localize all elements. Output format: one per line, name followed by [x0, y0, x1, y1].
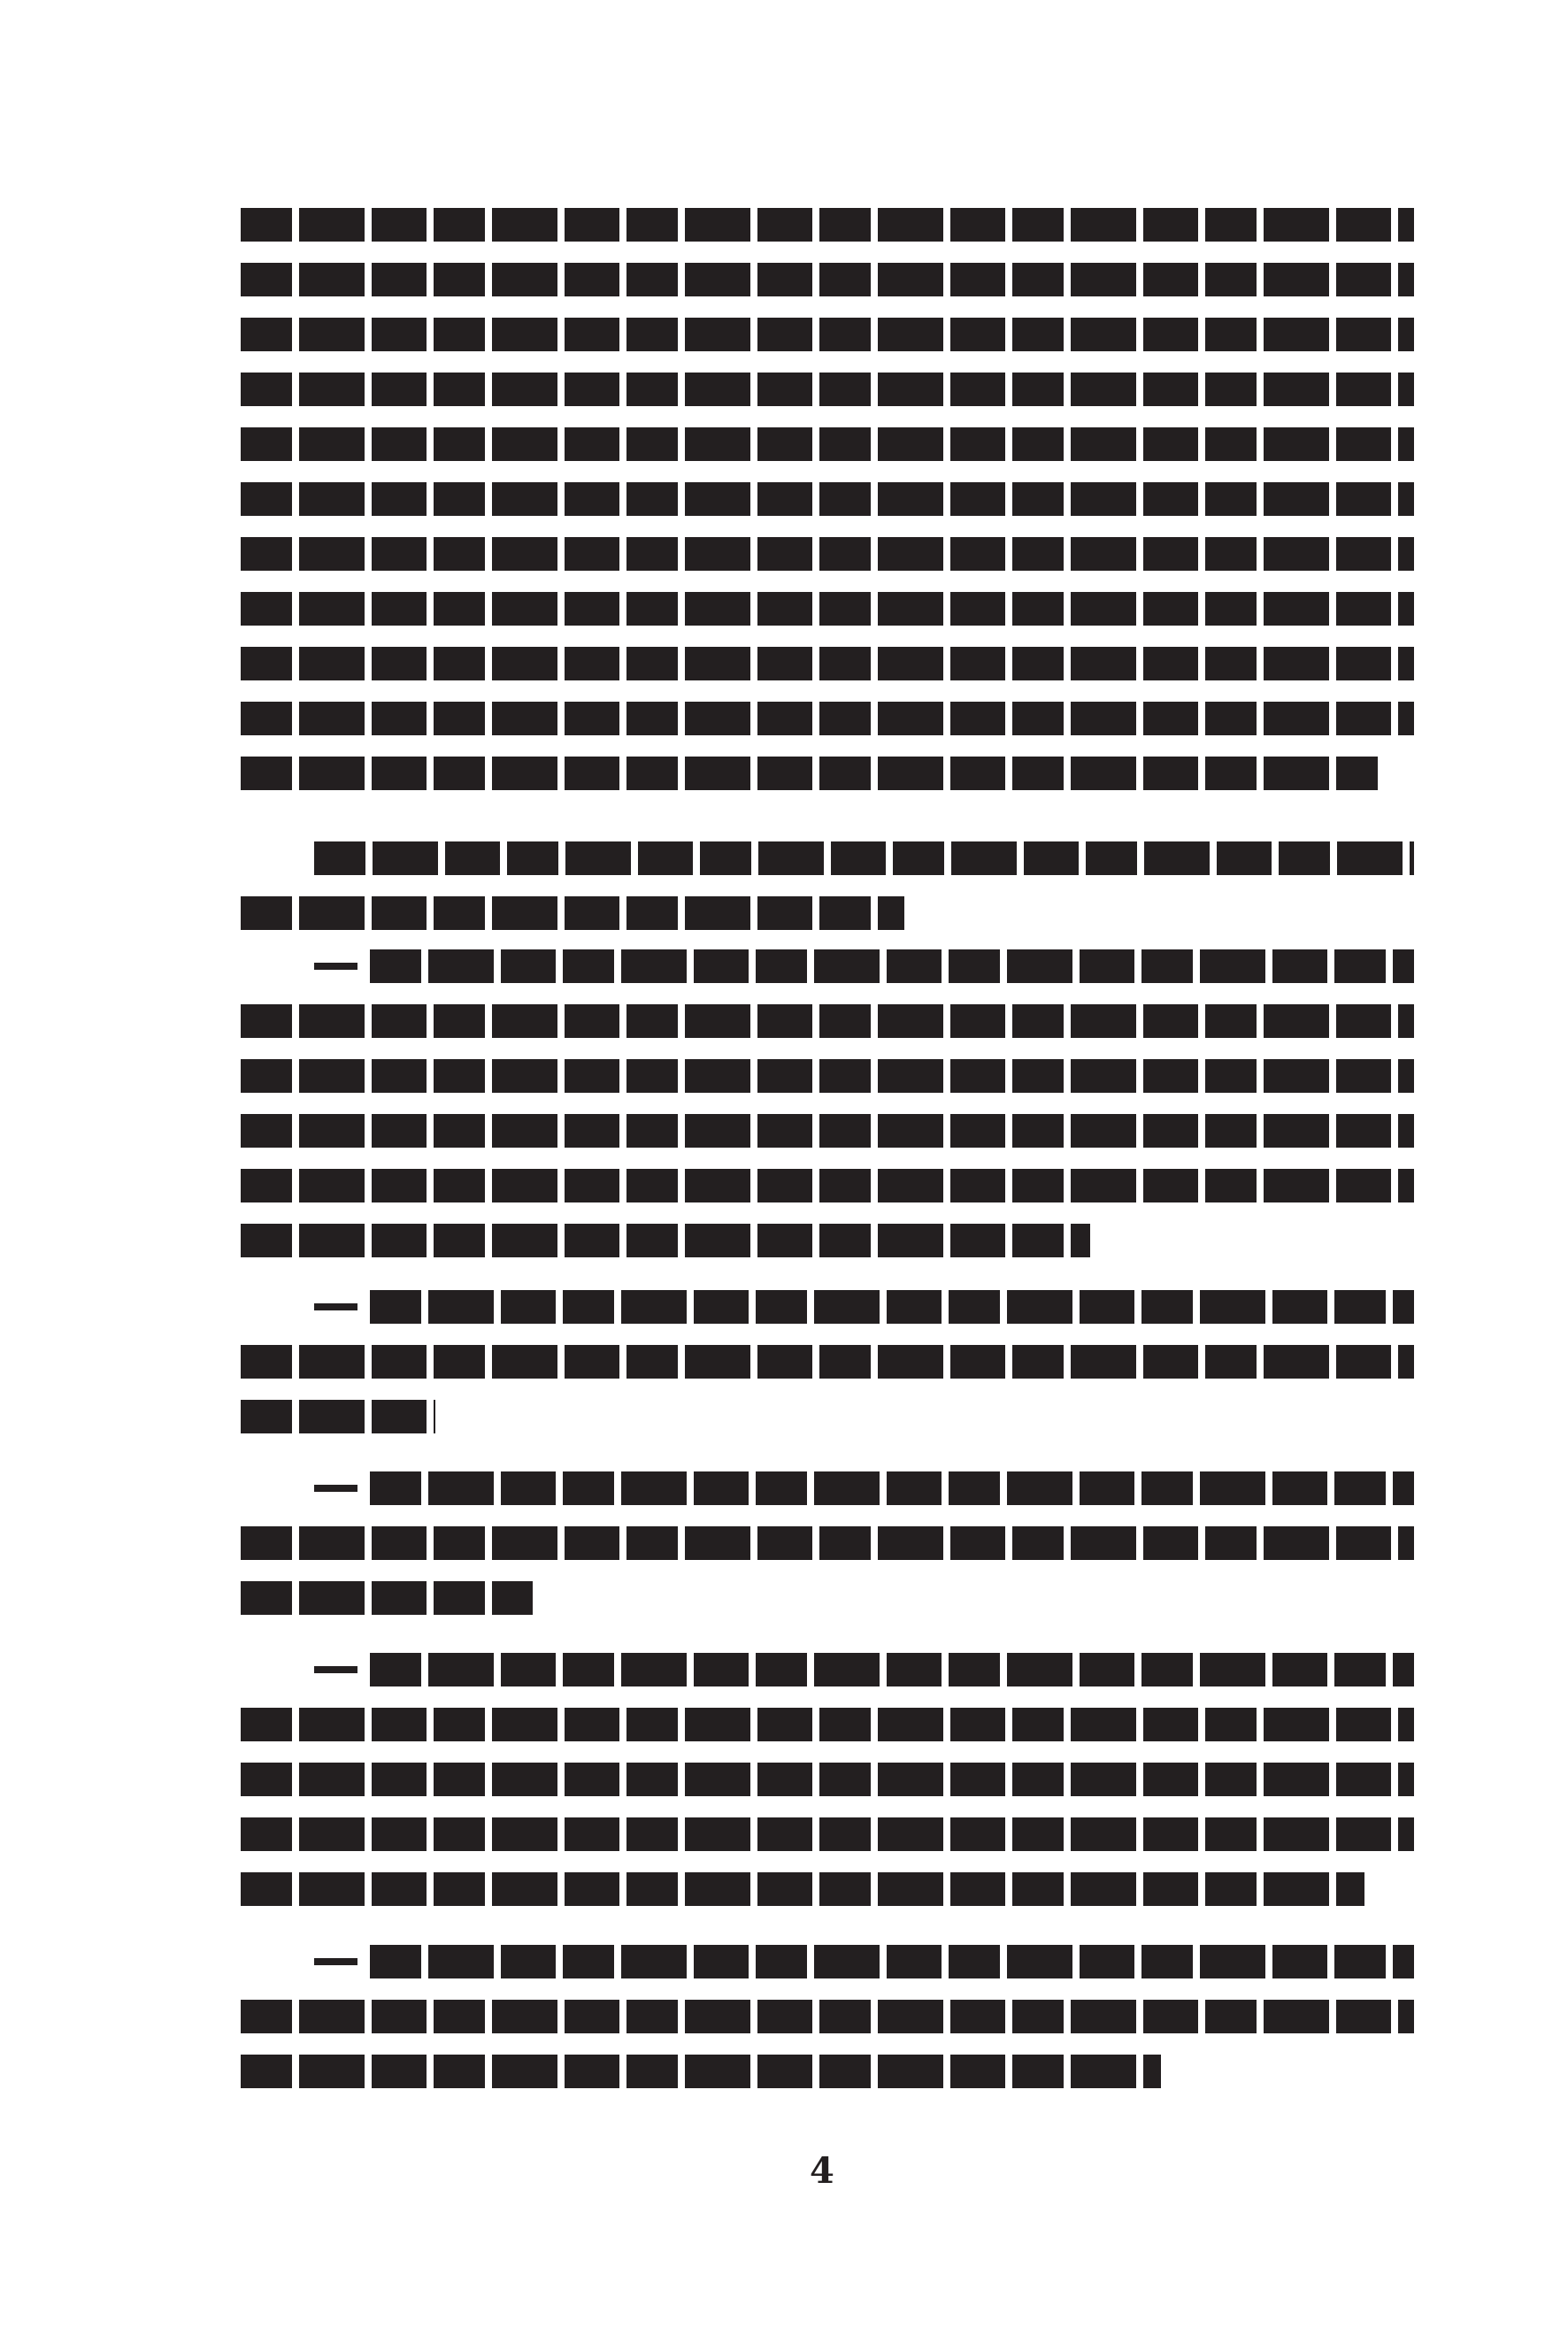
- text-line: [314, 1287, 1414, 1326]
- text-line: [241, 370, 1414, 409]
- paragraph-text: — [illegible — pixelated text]: [0, 0, 1, 1]
- text-line: [314, 1650, 1414, 1689]
- em-dash: [314, 1666, 357, 1673]
- em-dash: [314, 1958, 357, 1965]
- text-line: [314, 1942, 1414, 1981]
- paragraph-text: — [illegible — pixelated text]: [0, 0, 1, 1]
- text-line: [314, 839, 1414, 878]
- text-line: [241, 425, 1414, 464]
- text-line: [241, 480, 1414, 519]
- text-line: [241, 1397, 435, 1436]
- text-line: [241, 205, 1414, 244]
- text-line: [241, 1760, 1414, 1799]
- text-line: [241, 699, 1414, 738]
- text-line: [241, 1166, 1414, 1205]
- text-line: [241, 1056, 1414, 1095]
- book-page: [illegible — pixelated text] [illegible …: [0, 0, 1568, 2351]
- text-line: [241, 1579, 533, 1617]
- paragraph-text: — [illegible — pixelated text]: [0, 0, 1, 1]
- paragraph-text: — [illegible — pixelated text]: [0, 0, 1, 1]
- paragraph-text: — [illegible — pixelated text]: [0, 0, 1, 1]
- text-line: [241, 315, 1414, 354]
- text-line: [241, 1870, 1364, 1909]
- text-line: [241, 534, 1414, 573]
- paragraph-text: [illegible — pixelated text]: [0, 0, 1, 1]
- text-line: [241, 1705, 1414, 1744]
- text-line: [241, 894, 904, 933]
- em-dash: [314, 1485, 357, 1492]
- text-line: [241, 260, 1414, 299]
- paragraph-text: [illegible — pixelated text]: [0, 0, 1, 1]
- page-number: 4: [810, 2150, 834, 2192]
- text-line: [241, 1221, 1090, 1260]
- text-line: [241, 1002, 1414, 1041]
- text-line: [314, 1469, 1414, 1508]
- text-line: [241, 1815, 1414, 1854]
- text-line: [241, 754, 1378, 793]
- text-line: [241, 644, 1414, 683]
- text-line: [241, 1342, 1414, 1381]
- text-line: [241, 1111, 1414, 1150]
- text-line: [241, 2052, 1161, 2091]
- em-dash: [314, 1303, 357, 1310]
- em-dash: [314, 963, 357, 970]
- text-line: [241, 1997, 1414, 2036]
- text-line: [241, 1524, 1414, 1563]
- text-line: [241, 589, 1414, 628]
- text-line: [314, 947, 1414, 986]
